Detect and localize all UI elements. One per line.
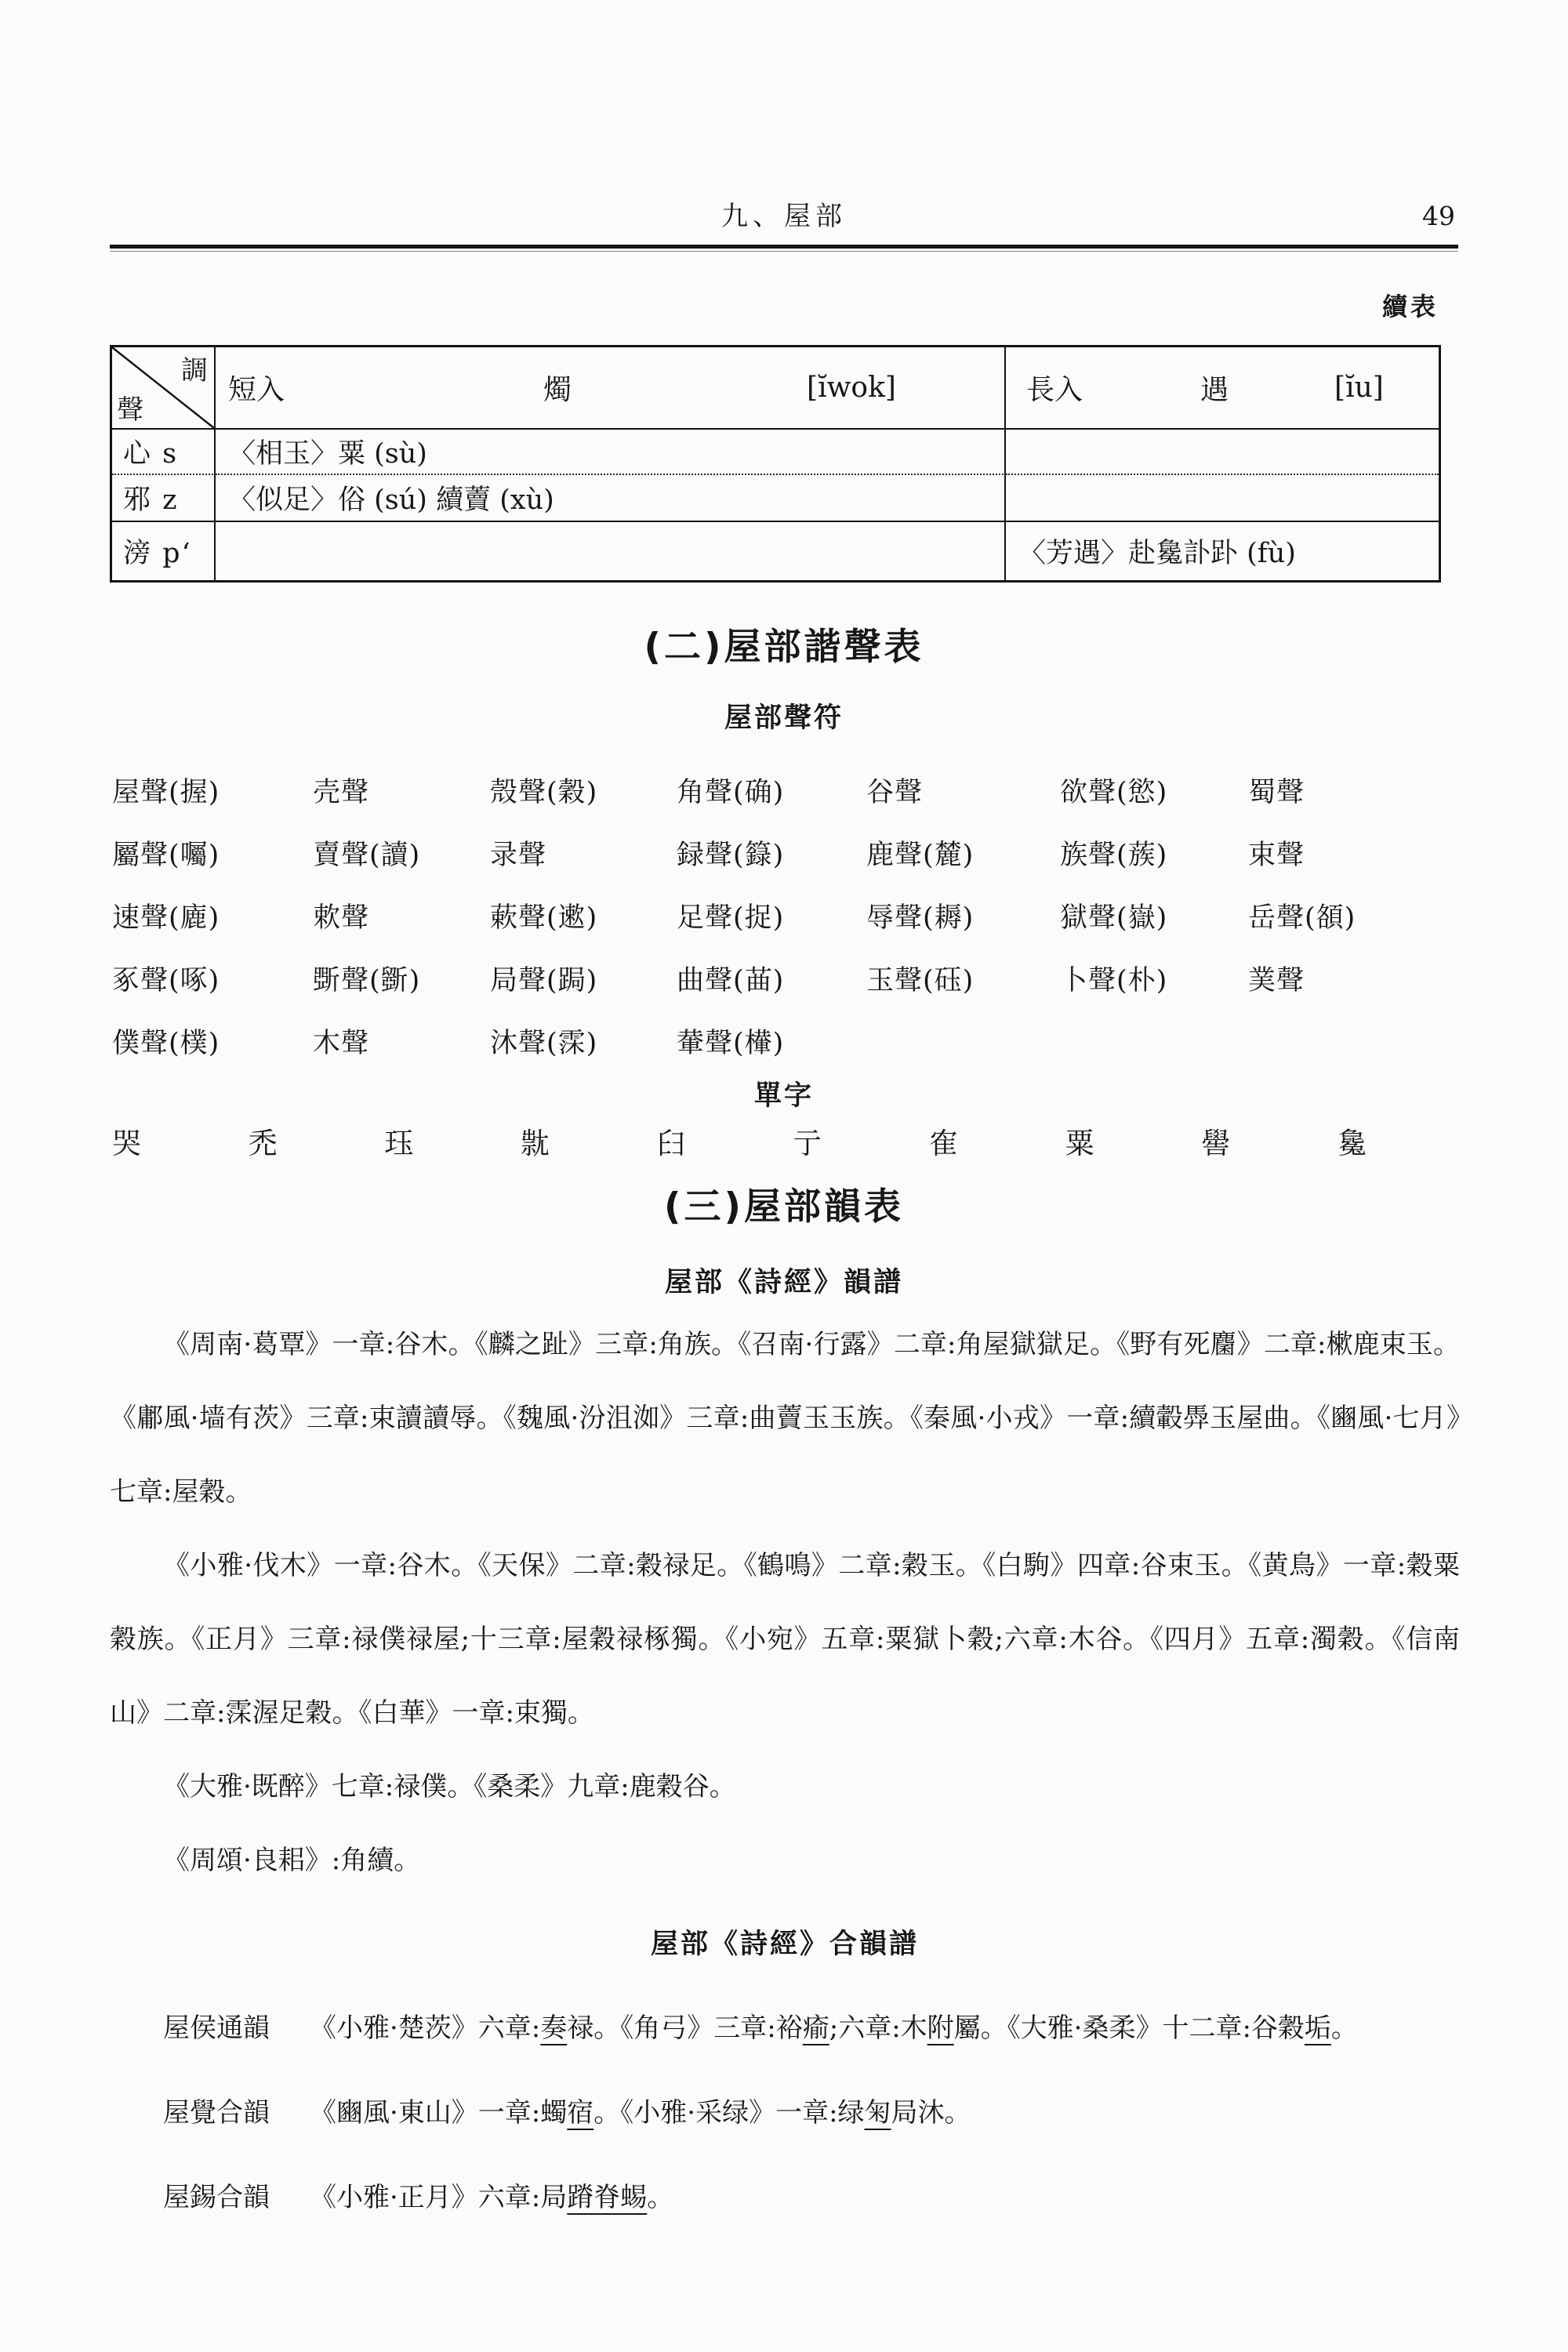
- shengfu-entry: 賣聲(讀): [313, 822, 490, 884]
- shengfu-entry: 獄聲(嶽): [1060, 884, 1248, 947]
- shengfu-entry: 木聲: [313, 1010, 490, 1073]
- long-ru-ipa: [ĭu]: [1334, 372, 1384, 404]
- danzi-char: 嚳: [1201, 1120, 1230, 1162]
- short-ru-entry: [216, 522, 1006, 580]
- shengfu-entry: 曲聲(䒼): [677, 947, 866, 1010]
- shengfu-entry: 屬聲(囑): [112, 822, 313, 884]
- danzi-char: 粟: [1065, 1120, 1094, 1162]
- yunpu-paragraph: 《周南·葛覃》一章:谷木。《麟之趾》三章:角族。《召南·行露》二章:角屋獄獄足。…: [110, 1308, 1460, 1529]
- shengfu-entry: [866, 1010, 1060, 1073]
- danzi-char: 隺: [929, 1120, 958, 1162]
- shengfu-entry: 卜聲(朴): [1060, 947, 1248, 1010]
- rhyme-list-body: 《周南·葛覃》一章:谷木。《麟之趾》三章:角族。《召南·行露》二章:角屋獄獄足。…: [110, 1308, 1460, 2234]
- rhyme-text: 。: [647, 2182, 673, 2213]
- shijing-yunpu-subtitle: 屋部《詩經》韻譜: [0, 1261, 1568, 1300]
- rhyme-text: 屋錫合韻 《小雅·正月》六章:局: [163, 2182, 567, 2213]
- rhyme-text: 屬。《大雅·桑柔》十二章:谷穀: [954, 2013, 1305, 2044]
- corner-label-tone: 調: [181, 349, 208, 387]
- shengfu-subtitle: 屋部聲符: [0, 696, 1568, 735]
- shengfu-entry: 录聲: [490, 822, 677, 884]
- danzi-char: 亍: [793, 1120, 822, 1162]
- shengfu-entry: 束聲: [1248, 822, 1462, 884]
- short-ru-type-label: 短入: [228, 368, 285, 408]
- short-ru-rime-label: 燭: [543, 368, 572, 408]
- shengfu-entry: 欲聲(慾): [1060, 759, 1248, 822]
- rhyme-text: 《大雅·既醉》七章:禄僕。《桑柔》九章:鹿穀谷。: [163, 1771, 736, 1802]
- rime-table: 調 聲 短入 燭 [ĭwok] 長入 遇 [ĭu] 心 s 〈相玉〉粟 (sù)…: [110, 345, 1441, 583]
- initial-cell: 滂 p‘: [112, 522, 216, 580]
- heyun-paragraph: 屋侯通韻 《小雅·楚茨》六章:奏禄。《角弓》三章:裕瘉;六章:木附屬。《大雅·桑…: [110, 1991, 1460, 2065]
- initial-cell: 邪 z: [112, 475, 216, 522]
- rhyme-text: 局沐。: [891, 2097, 971, 2129]
- rhyme-text: 《小雅·伐木》一章:谷木。《天保》二章:穀禄足。《鶴鳴》二章:穀玉。《白駒》四章…: [110, 1550, 1460, 1729]
- heyun-paragraph: 屋錫合韻 《小雅·正月》六章:局蹐脊蜴。: [110, 2161, 1460, 2234]
- heyun-foreign-rhyme-char: 奏: [540, 2013, 567, 2044]
- scanned-book-page: 九、屋部 49 續表 調 聲 短入 燭 [ĭwok] 長入 遇 [ĭu] 心 s…: [0, 0, 1568, 2352]
- danzi-char: 㞊: [521, 1120, 550, 1162]
- yunpu-paragraph: 《大雅·既醉》七章:禄僕。《桑柔》九章:鹿穀谷。: [110, 1750, 1460, 1824]
- shengfu-entry: 辱聲(耨): [866, 884, 1060, 947]
- yunpu-paragraph: 《周頌·良耜》:角續。: [110, 1824, 1460, 1897]
- shengfu-entry: 欶聲: [313, 884, 490, 947]
- long-ru-entry: 〈芳遇〉赴毚訃䟔 (fù): [1006, 522, 1439, 580]
- yunpu-paragraph: 《小雅·伐木》一章:谷木。《天保》二章:穀禄足。《鶴鳴》二章:穀玉。《白駒》四章…: [110, 1529, 1460, 1750]
- rhyme-text: 屋覺合韻 《豳風·東山》一章:蠋: [163, 2097, 567, 2129]
- shengfu-entry: 録聲(籙): [677, 822, 866, 884]
- rhyme-text: 屋侯通韻 《小雅·楚茨》六章:: [163, 2013, 540, 2044]
- shengfu-entry: 速聲(廘): [112, 884, 313, 947]
- shengfu-grid: 屋聲(握) 壳聲 殼聲(穀) 角聲(确) 谷聲 欲聲(慾) 蜀聲 屬聲(囑) 賣…: [112, 759, 1462, 1073]
- heyun-foreign-rhyme-char: 蹐脊蜴: [567, 2182, 647, 2213]
- shengfu-entry: 殼聲(穀): [490, 759, 677, 822]
- short-ru-header-cell: 短入 燭 [ĭwok]: [216, 347, 1006, 430]
- shengfu-entry: 輂聲(檋): [677, 1010, 866, 1073]
- danzi-char: 珏: [384, 1120, 413, 1162]
- shengfu-entry: 蔌聲(遬): [490, 884, 677, 947]
- shengfu-entry: [1248, 1010, 1462, 1073]
- shengfu-entry: 沐聲(霂): [490, 1010, 677, 1073]
- header-rule-thin: [110, 251, 1458, 252]
- danzi-char: 哭: [112, 1120, 141, 1162]
- shengfu-entry: 屋聲(握): [112, 759, 313, 822]
- shengfu-entry: 族聲(蔟): [1060, 822, 1248, 884]
- rhyme-text: ;六章:木: [829, 2013, 927, 2044]
- short-ru-ipa: [ĭwok]: [807, 372, 896, 404]
- page-header-title: 九、屋部: [110, 201, 1458, 232]
- shengfu-entry: 谷聲: [866, 759, 1060, 822]
- heyun-foreign-rhyme-char: 匊: [865, 2097, 891, 2129]
- shengfu-entry: 角聲(确): [677, 759, 866, 822]
- shengfu-entry: 豖聲(啄): [112, 947, 313, 1010]
- header-rule: [110, 245, 1458, 249]
- short-ru-entry: 〈相玉〉粟 (sù): [216, 430, 1006, 475]
- heyun-foreign-rhyme-char: 瘉: [803, 2013, 829, 2044]
- heyunpu-subtitle: 屋部《詩經》合韻譜: [110, 1918, 1460, 1971]
- rhyme-text: 。《小雅·采绿》一章:绿: [593, 2097, 864, 2129]
- shengfu-entry: 局聲(跼): [490, 947, 677, 1010]
- corner-label-initial: 聲: [117, 388, 143, 426]
- heyun-foreign-rhyme-char: 附: [927, 2013, 954, 2044]
- page-number: 49: [1422, 201, 1455, 232]
- danzi-row: 哭 禿 珏 㞊 𦥑 亍 隺 粟 嚳 毚: [112, 1120, 1367, 1162]
- heyun-paragraph: 屋覺合韻 《豳風·東山》一章:蠋宿。《小雅·采绿》一章:绿匊局沐。: [110, 2076, 1460, 2150]
- shengfu-entry: 岳聲(頟): [1248, 884, 1462, 947]
- shengfu-entry: 菐聲: [1248, 947, 1462, 1010]
- heyun-foreign-rhyme-char: 宿: [567, 2097, 593, 2129]
- shengfu-entry: 鹿聲(麓): [866, 822, 1060, 884]
- danzi-subtitle: 單字: [0, 1074, 1568, 1113]
- shengfu-entry: 斲聲(斵): [313, 947, 490, 1010]
- section-2-title: (二)屋部諧聲表: [0, 618, 1568, 670]
- initial-cell: 心 s: [112, 430, 216, 475]
- danzi-char: 毚: [1338, 1120, 1367, 1162]
- rhyme-text: 《周頌·良耜》:角續。: [163, 1845, 420, 1876]
- long-ru-entry: [1006, 475, 1439, 522]
- danzi-char: 禿: [249, 1120, 278, 1162]
- long-ru-entry: [1006, 430, 1439, 475]
- rhyme-text: 。: [1331, 2013, 1358, 2044]
- long-ru-type-label: 長入: [1026, 368, 1083, 408]
- shengfu-entry: 足聲(捉): [677, 884, 866, 947]
- long-ru-header-cell: 長入 遇 [ĭu]: [1006, 347, 1439, 430]
- shengfu-entry: [1060, 1010, 1248, 1073]
- rhyme-text: 《周南·葛覃》一章:谷木。《麟之趾》三章:角族。《召南·行露》二章:角屋獄獄足。…: [110, 1329, 1460, 1508]
- long-ru-rime-label: 遇: [1200, 368, 1229, 408]
- heyun-foreign-rhyme-char: 垢: [1305, 2013, 1331, 2044]
- shengfu-entry: 壳聲: [313, 759, 490, 822]
- corner-cell: 調 聲: [112, 347, 216, 430]
- rhyme-text: 禄。《角弓》三章:裕: [567, 2013, 802, 2044]
- danzi-char: 𦥑: [657, 1120, 686, 1162]
- continued-table-label: 續表: [1382, 287, 1439, 323]
- short-ru-entry: 〈似足〉俗 (sú) 續藚 (xù): [216, 475, 1006, 522]
- shengfu-entry: 蜀聲: [1248, 759, 1462, 822]
- shengfu-entry: 僕聲(樸): [112, 1010, 313, 1073]
- section-3-title: (三)屋部韻表: [0, 1178, 1568, 1230]
- shengfu-entry: 玉聲(砡): [866, 947, 1060, 1010]
